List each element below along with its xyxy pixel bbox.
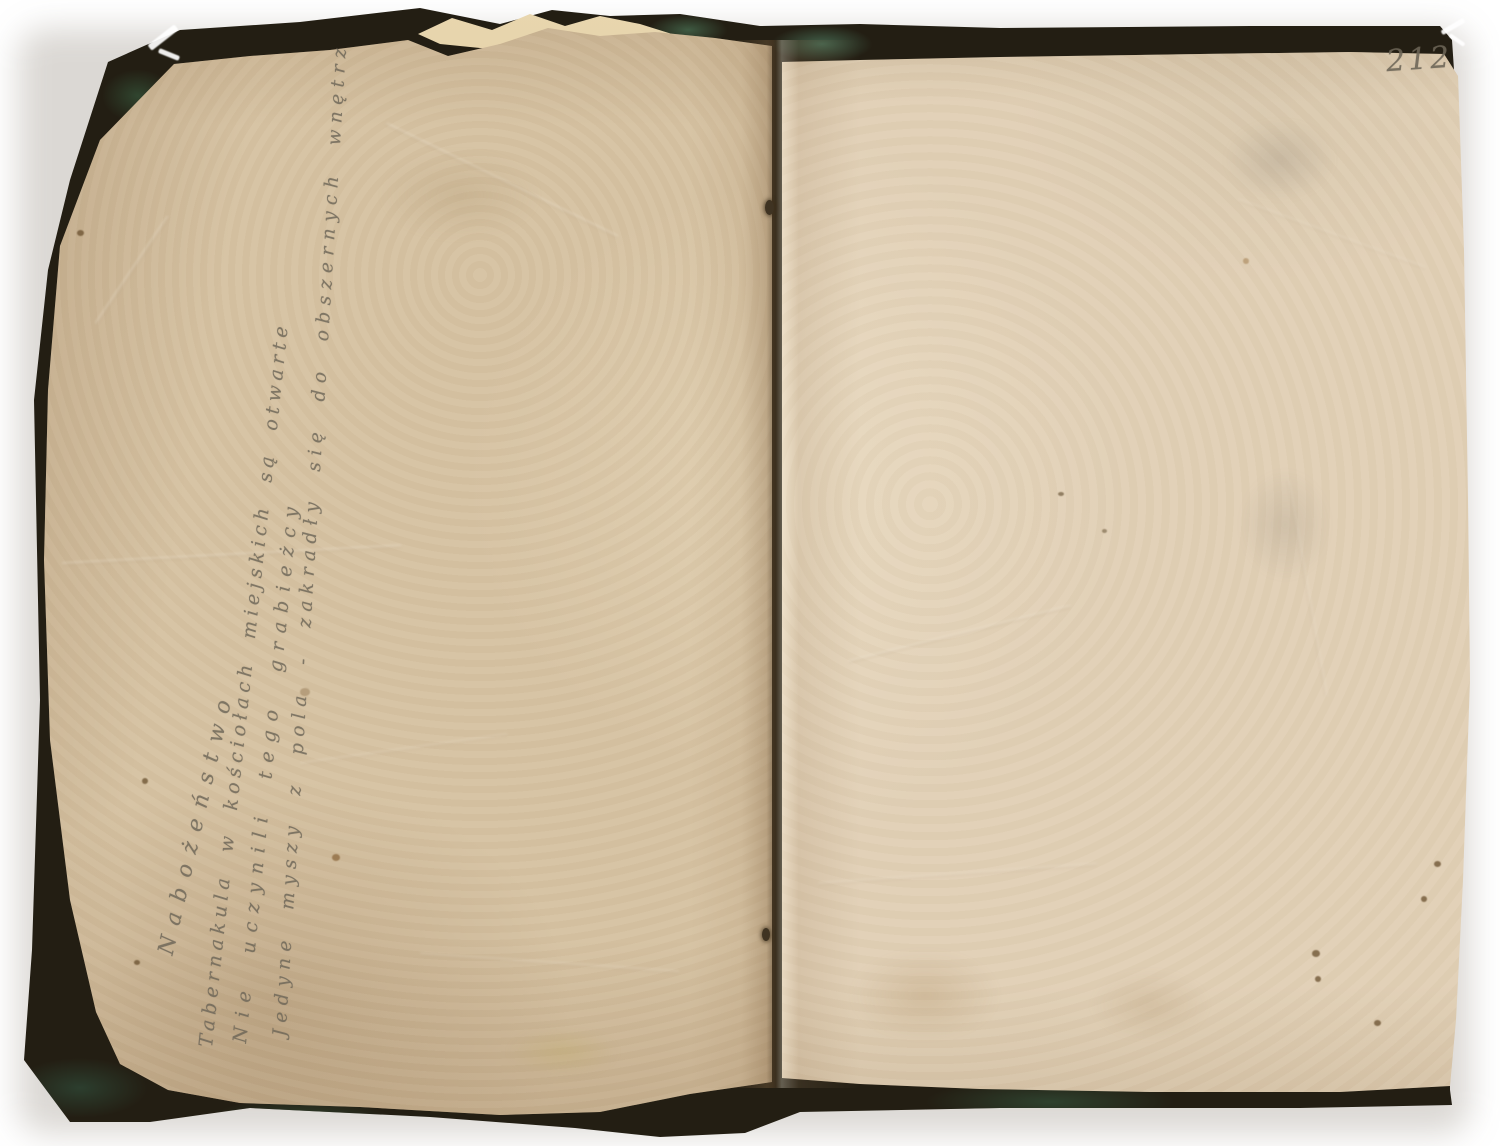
stitch-hole-top [765,200,774,215]
ink-fleck [1421,896,1427,902]
page-number: 212 [1385,40,1454,80]
ink-fleck [1243,258,1249,264]
ink-fleck [1315,976,1321,982]
ink-fleck [1434,861,1441,867]
stitch-hole-bottom [762,928,770,941]
ink-fleck [1374,1020,1381,1026]
ink-fleck [142,778,148,784]
paper-stain [850,950,1000,1040]
ink-fleck [332,854,340,861]
ink-fleck [77,230,84,236]
paper-stain [508,1028,618,1076]
ink-fleck [1312,950,1320,957]
paper-stain [1090,970,1210,1040]
paper-stain [380,150,540,240]
photo-background: { "page_number": "212", "handwriting_lin… [0,0,1500,1146]
ink-fleck [1058,492,1064,496]
paper-stain [1240,470,1330,580]
ink-fleck [134,960,140,965]
paper-stain [1225,120,1335,200]
ink-fleck [1102,529,1107,533]
